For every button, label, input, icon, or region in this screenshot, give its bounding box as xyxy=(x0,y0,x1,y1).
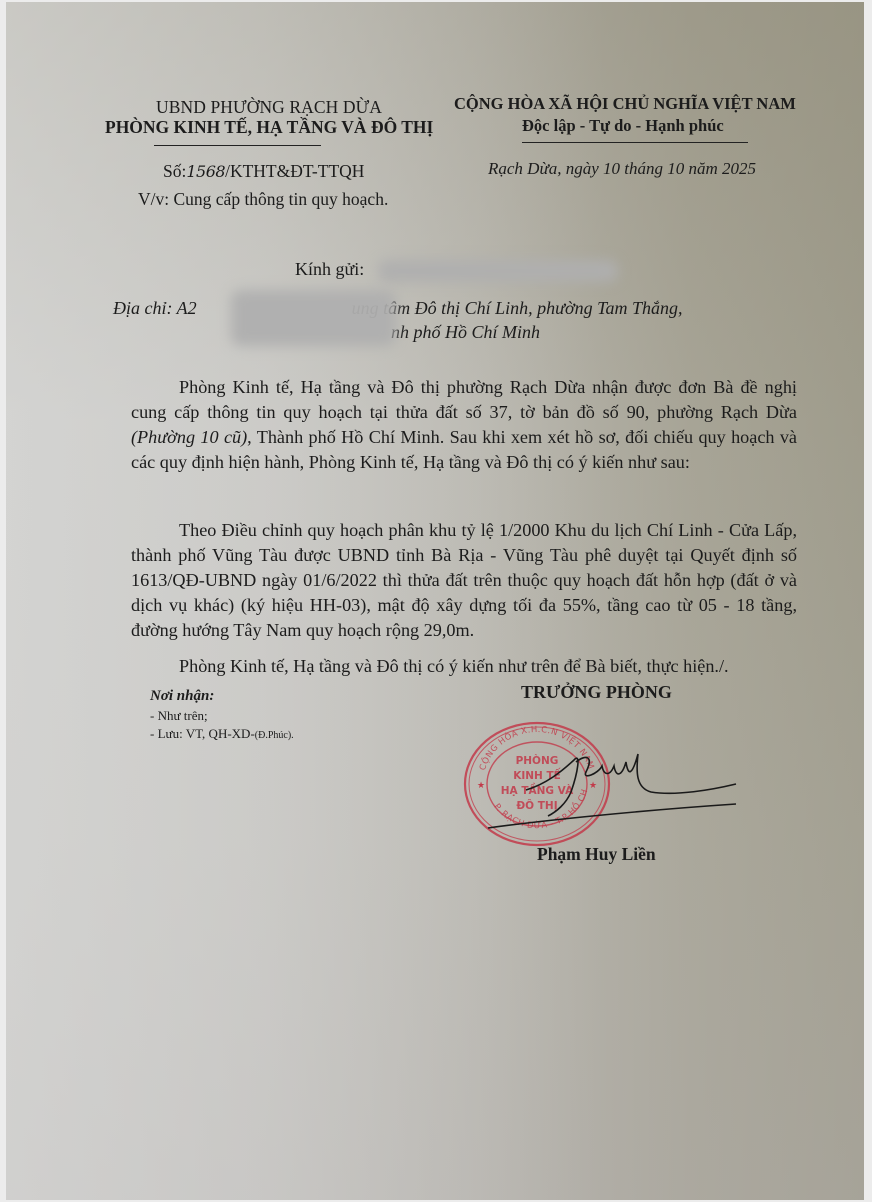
address-line-2: nh phố Hồ Chí Minh xyxy=(391,322,540,343)
document-number-suffix: /KTHT&ĐT-TTQH xyxy=(225,161,364,181)
para2-text: Theo Điều chỉnh quy hoạch phân khu tỷ lệ… xyxy=(131,518,797,643)
issuing-authority: UBND PHƯỜNG RẠCH DỪA xyxy=(156,97,382,118)
subject-line: V/v: Cung cấp thông tin quy hoạch. xyxy=(138,189,388,210)
national-motto: Độc lập - Tự do - Hạnh phúc xyxy=(522,116,724,136)
body-paragraph-3: Phòng Kinh tế, Hạ tầng và Đô thị có ý ki… xyxy=(131,654,797,679)
national-title: CỘNG HÒA XÃ HỘI CHỦ NGHĨA VIỆT NAM xyxy=(454,94,796,114)
date-line: Rạch Dừa, ngày 10 tháng 10 năm 2025 xyxy=(488,159,756,179)
para1-italic: (Phường 10 cũ) xyxy=(131,427,247,447)
issuing-department: PHÒNG KINH TẾ, HẠ TẦNG VÀ ĐÔ THỊ xyxy=(105,117,433,138)
svg-text:★: ★ xyxy=(477,781,485,791)
recipients-item-1: - Như trên; xyxy=(150,708,208,724)
body-paragraph-2: Theo Điều chỉnh quy hoạch phân khu tỷ lệ… xyxy=(131,518,797,643)
handwritten-number: 1568 xyxy=(186,162,225,181)
recipients-item-2-text: - Lưu: VT, QH-XD- xyxy=(150,726,255,741)
signer-name: Phạm Huy Liền xyxy=(537,844,656,865)
body-paragraph-1: Phòng Kinh tế, Hạ tầng và Đô thị phường … xyxy=(131,375,797,475)
redacted-recipient-name xyxy=(378,260,618,282)
redacted-address xyxy=(231,290,396,346)
para1-text-a: Phòng Kinh tế, Hạ tầng và Đô thị phường … xyxy=(131,377,797,422)
recipient-label: Kính gửi: xyxy=(295,259,364,280)
header-left-divider xyxy=(154,145,321,146)
document-number-prefix: Số: xyxy=(163,161,186,181)
address-line-1: Địa chỉ: A2ung tâm Đô thị Chí Linh, phườ… xyxy=(113,298,682,319)
para3-text: Phòng Kinh tế, Hạ tầng và Đô thị có ý ki… xyxy=(131,654,797,679)
date-rest: tháng 10 năm 2025 xyxy=(620,159,756,178)
document-paper: UBND PHƯỜNG RẠCH DỪA PHÒNG KINH TẾ, HẠ T… xyxy=(6,2,864,1200)
document-number: Số:1568/KTHT&ĐT-TTQH xyxy=(163,161,364,182)
recipients-item-2-note: (Đ.Phúc). xyxy=(255,730,294,741)
date-place: Rạch Dừa, ngày xyxy=(488,159,603,178)
address-line-1-text: ung tâm Đô thị Chí Linh, phường Tam Thắn… xyxy=(352,298,683,318)
address-label: Địa chỉ: A2 xyxy=(113,298,197,318)
recipients-title: Nơi nhận: xyxy=(150,688,214,705)
header-right-divider xyxy=(522,142,748,143)
signer-title: TRƯỞNG PHÒNG xyxy=(521,682,672,703)
recipients-item-2: - Lưu: VT, QH-XD-(Đ.Phúc). xyxy=(150,726,294,742)
date-day: 10 xyxy=(603,159,620,178)
handwritten-signature-icon xyxy=(486,732,756,842)
